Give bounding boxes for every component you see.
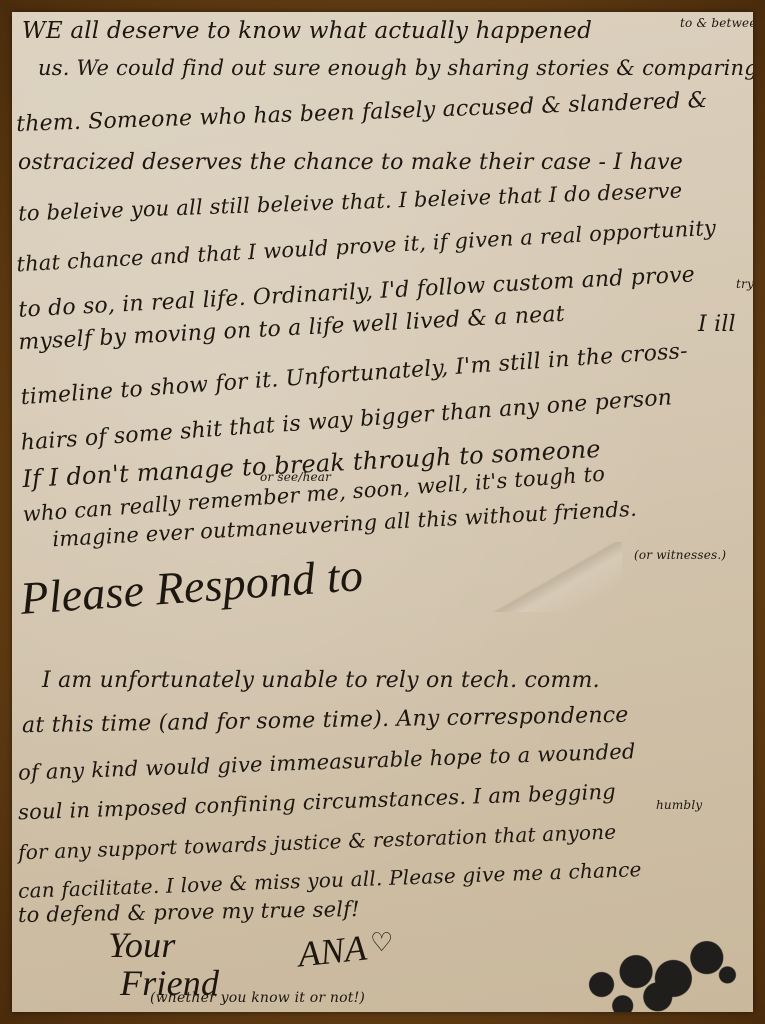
letter-para2-line-4: soul in imposed confining circumstances.… xyxy=(18,780,616,825)
annotation-ill: I ill xyxy=(698,312,736,337)
letter-para2-line-6: can facilitate. I love & miss you all. P… xyxy=(18,857,642,903)
annotation-to-between: to & between xyxy=(680,16,753,30)
letter-line-3: them. Someone who has been falsely accus… xyxy=(16,88,708,137)
letter-para2-line-3: of any kind would give immeasurable hope… xyxy=(18,739,636,785)
closing-your: Your xyxy=(108,924,176,966)
letter-para2-line-7: to defend & prove my true self! xyxy=(18,897,360,927)
annotation-witnesses: (or witnesses.) xyxy=(634,548,726,562)
please-respond-heading: Please Respond to xyxy=(19,548,365,625)
annotation-humbly: humbly xyxy=(656,798,702,812)
letter-para2-line-5: for any support towards justice & restor… xyxy=(18,820,617,865)
signature-name: ANA xyxy=(296,927,369,976)
letter-para2-line-1: I am unfortunately unable to rely on tec… xyxy=(42,668,600,693)
letter-line-4: ostracized deserves the chance to make t… xyxy=(18,150,683,175)
heart-icon: ♡ xyxy=(370,928,394,958)
letter-para2-line-2: at this time (and for some time). Any co… xyxy=(22,703,629,739)
letter-line-5: to beleive you all still beleive that. I… xyxy=(18,178,683,225)
paper-fold xyxy=(492,542,622,612)
closing-postscript: (whether you know it or not!) xyxy=(150,990,365,1006)
scribbled-out-signature xyxy=(560,925,749,1012)
annotation-try: try xyxy=(736,277,753,291)
letter-line-1: WE all deserve to know what actually hap… xyxy=(22,18,592,44)
letter-line-2: us. We could find out sure enough by sha… xyxy=(38,56,753,80)
letter-paper: WE all deserve to know what actually hap… xyxy=(12,12,753,1012)
